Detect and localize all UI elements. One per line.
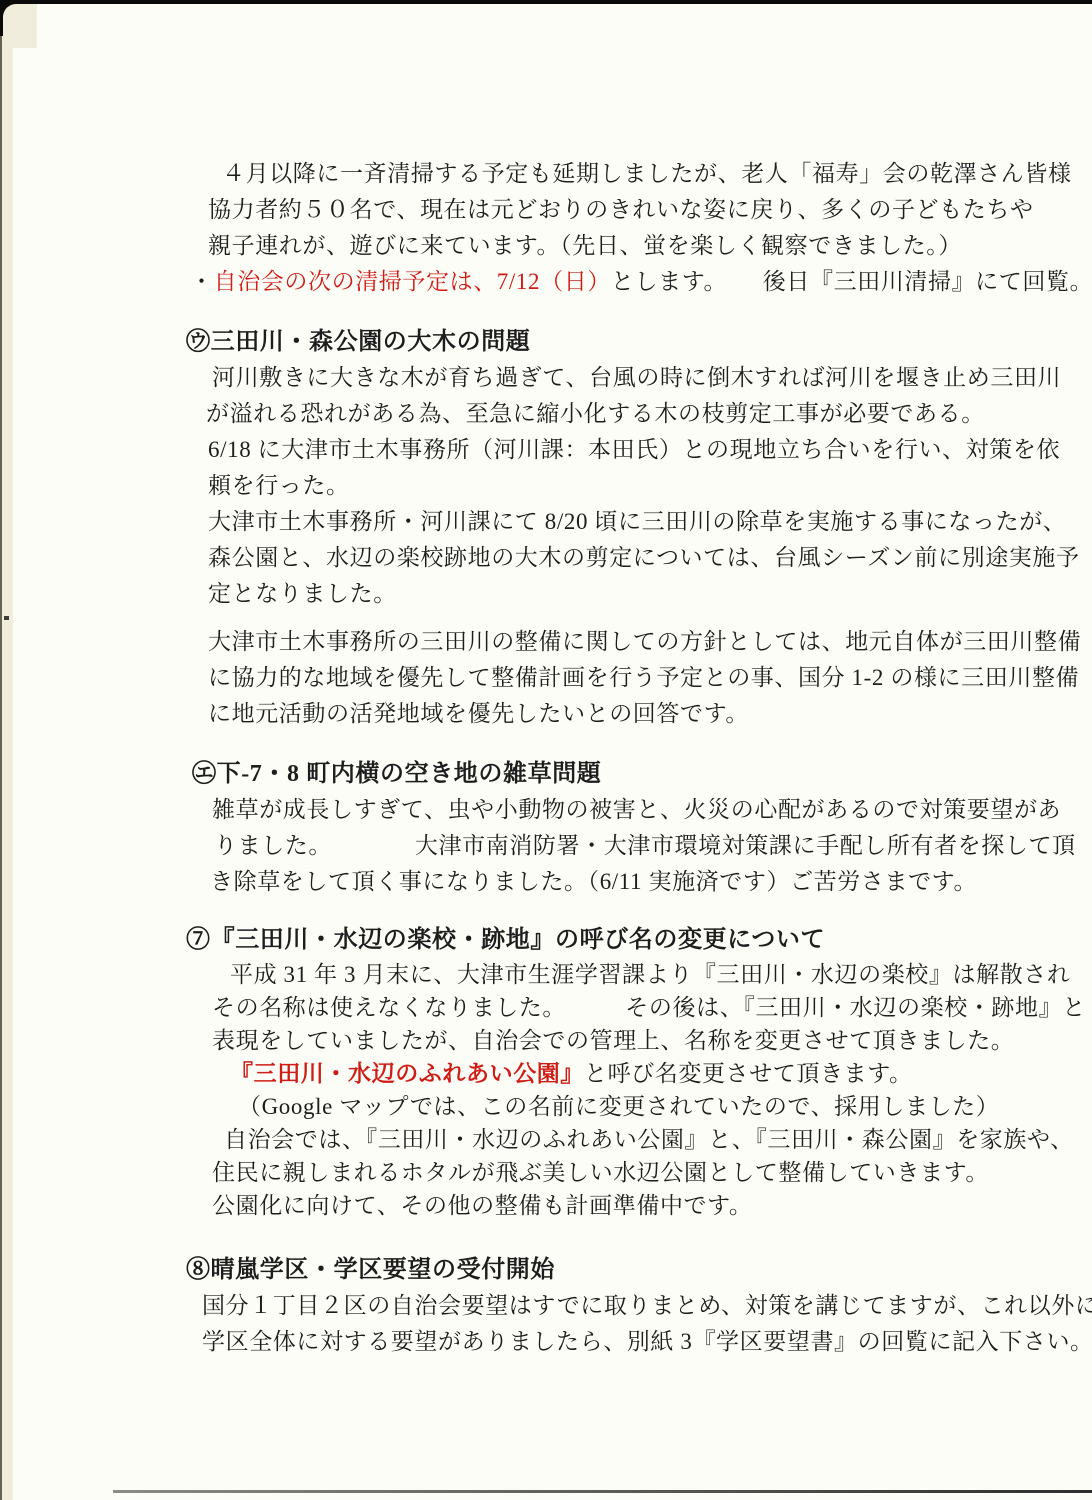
text-segment: に地元活動の活発地域を優先したいとの回答です。 [208,701,749,726]
text-line: （Google マップでは、この名前に変更されていたので、採用しました） [238,1090,1016,1123]
text-line: 河川敷きに大きな木が育ち過ぎて、台風の時に倒木すれば河川を堰き止め三田川 [212,360,1016,396]
text-line: ・自治会の次の清掃予定は、7/12（日）とします。 後日『三田川清掃』にて回覧。 [190,264,1016,300]
text-line: 大津市土木事務所の三田川の整備に関しての方針としては、地元自体が三田川整備 [208,624,1016,660]
text-segment: 自治会では、『三田川・水辺のふれあい公園』と、『三田川・森公園』を家族や、 [224,1127,1074,1152]
text-line: 親子連れが、遊びに来ています。（先日、蛍を楽しく観察できました。） [208,228,1016,264]
text-segment: ㋒三田川・森公園の大木の問題 [186,329,530,355]
text-segment: 定となりました。 [208,581,397,606]
section-park-rename: ⑦『三田川・水辺の楽校・跡地』の呼び名の変更について平成 31 年 3 月末に、… [186,922,1016,1222]
highlighted-red-text: 自治会の次の清掃予定は、7/12（日） [214,269,611,294]
scanned-document-page: ４月以降に一斉清掃する予定も延期しましたが、老人「福寿」会の乾澤さん皆様協力者約… [186,156,1016,1360]
text-line: 6/18 に大津市土木事務所（河川課：本田氏）との現地立ち合いを行い、対策を依 [208,432,1016,468]
text-segment: 住民に親しまれるホタルが飛ぶ美しい水辺公園として整備していきます。 [212,1160,989,1185]
text-line: 雑草が成長しすぎて、虫や小動物の被害と、火災の心配があるので対策要望があ [212,792,1016,828]
paper-rounded-corner [3,4,37,48]
text-segment: 河川敷きに大きな木が育ち過ぎて、台風の時に倒木すれば河川を堰き止め三田川 [212,365,1061,390]
text-segment: 親子連れが、遊びに来ています。（先日、蛍を楽しく観察できました。） [208,233,962,258]
text-line: 住民に親しまれるホタルが飛ぶ美しい水辺公園として整備していきます。 [212,1156,1016,1189]
text-line: 協力者約５０名で、現在は元どおりのきれいな姿に戻り、多くの子どもたちや [208,192,1016,228]
text-line: 平成 31 年 3 月末に、大津市生涯学習課より『三田川・水辺の楽校』は解散され [230,958,1016,991]
text-segment: が溢れる恐れがある為、至急に縮小化する木の枝剪定工事が必要である。 [206,401,985,426]
text-line: に協力的な地域を優先して整備計画を行う予定との事、国分 1-2 の様に三田川整備 [208,660,1016,696]
text-segment: 大津市土木事務所・河川課にて 8/20 頃に三田川の除草を実施する事になったが、 [208,509,1066,534]
text-line: に地元活動の活発地域を優先したいとの回答です。 [208,696,1016,732]
text-segment: （Google マップでは、この名前に変更されていたので、採用しました） [238,1094,999,1119]
text-segment: その名称は使えなくなりました。 その後は、『三田川・水辺の楽校・跡地』と [212,995,1086,1020]
text-line: その名称は使えなくなりました。 その後は、『三田川・水辺の楽校・跡地』と [212,991,1016,1024]
text-segment: 6/18 に大津市土木事務所（河川課：本田氏）との現地立ち合いを行い、対策を依 [208,437,1060,462]
text-segment: 森公園と、水辺の楽校跡地の大木の剪定については、台風シーズン前に別途実施予 [208,545,1080,570]
text-segment: 国分１丁目２区の自治会要望はすでに取りまとめ、対策を講じてますが、これ以外に [202,1293,1092,1318]
text-segment: 大津市土木事務所の三田川の整備に関しての方針としては、地元自体が三田川整備 [208,629,1081,654]
text-segment: 協力者約５０名で、現在は元どおりのきれいな姿に戻り、多くの子どもたちや [208,197,1034,222]
text-line: 大津市土木事務所・河川課にて 8/20 頃に三田川の除草を実施する事になったが、 [208,504,1016,540]
text-segment: 雑草が成長しすぎて、虫や小動物の被害と、火災の心配があるので対策要望があ [212,797,1061,822]
text-segment: とします。 後日『三田川清掃』にて回覧。 [611,269,1092,294]
scan-left-edge-line [0,0,2,1500]
text-line: 公園化に向けて、その他の整備も計画準備中です。 [212,1189,1016,1222]
text-segment: ４月以降に一斉清掃する予定も延期しましたが、老人「福寿」会の乾澤さん皆様 [222,161,1072,186]
text-segment: に協力的な地域を優先して整備計画を行う予定との事、国分 1-2 の様に三田川整備 [208,665,1079,690]
text-segment: ⑧晴嵐学区・学区要望の受付開始 [186,1257,555,1283]
text-segment: 表現をしていましたが、自治会での管理上、名称を変更させて頂きました。 [212,1028,1014,1053]
text-segment: 学区全体に対する要望がありましたら、別紙 3『学区要望書』の回覧に記入下さい。 [202,1329,1092,1354]
text-segment: 平成 31 年 3 月末に、大津市生涯学習課より『三田川・水辺の楽校』は解散され [230,962,1071,987]
text-line: 頼を行った。 [208,468,1016,504]
section-heading: ㋓下-7・8 町内横の空き地の雑草問題 [192,756,1016,792]
text-line: 森公園と、水辺の楽校跡地の大木の剪定については、台風シーズン前に別途実施予 [208,540,1016,576]
highlighted-red-text: 『三田川・水辺のふれあい公園』 [230,1061,584,1086]
scan-bottom-edge-line [113,1490,1092,1493]
text-line: りました。 大津市南消防署・大津市環境対策課に手配し所有者を探して頂 [214,828,1016,864]
text-line: ４月以降に一斉清掃する予定も延期しましたが、老人「福寿」会の乾澤さん皆様 [222,156,1016,192]
text-line: 表現をしていましたが、自治会での管理上、名称を変更させて頂きました。 [212,1024,1016,1057]
text-line: き除草をして頂く事になりました。（6/11 実施済です）ご苦労さまです。 [210,864,1016,900]
text-line: 国分１丁目２区の自治会要望はすでに取りまとめ、対策を講じてますが、これ以外に [202,1288,1016,1324]
scan-top-edge-line [0,0,1092,4]
text-line: 『三田川・水辺のふれあい公園』と呼び名変更させて頂きます。 [230,1057,1016,1090]
text-segment: りました。 大津市南消防署・大津市環境対策課に手配し所有者を探して頂 [214,833,1076,858]
scan-dust-speck [4,616,9,620]
text-segment: と呼び名変更させて頂きます。 [584,1061,913,1086]
section-heading: ⑦『三田川・水辺の楽校・跡地』の呼び名の変更について [186,922,1016,958]
section-heading: ⑧晴嵐学区・学区要望の受付開始 [186,1252,1016,1288]
section-heading: ㋒三田川・森公園の大木の問題 [186,324,1016,360]
section-cleanup-report: ４月以降に一斉清掃する予定も延期しましたが、老人「福寿」会の乾澤さん皆様協力者約… [186,156,1016,300]
text-line: 定となりました。 [208,576,1016,612]
text-segment: 頼を行った。 [208,473,350,498]
section-vacant-lot-weeds: ㋓下-7・8 町内横の空き地の雑草問題雑草が成長しすぎて、虫や小動物の被害と、火… [186,756,1016,900]
section-school-district-requests: ⑧晴嵐学区・学区要望の受付開始国分１丁目２区の自治会要望はすでに取りまとめ、対策… [186,1252,1016,1360]
text-segment: 公園化に向けて、その他の整備も計画準備中です。 [212,1193,753,1218]
text-line: 学区全体に対する要望がありましたら、別紙 3『学区要望書』の回覧に記入下さい。 [202,1324,1016,1360]
text-line: が溢れる恐れがある為、至急に縮小化する木の枝剪定工事が必要である。 [206,396,1016,432]
text-segment: き除草をして頂く事になりました。（6/11 実施済です）ご苦労さまです。 [210,869,977,894]
text-segment: ㋓下-7・8 町内横の空き地の雑草問題 [192,761,601,787]
text-line: 自治会では、『三田川・水辺のふれあい公園』と、『三田川・森公園』を家族や、 [224,1123,1016,1156]
section-mita-river-forest-park-trees: ㋒三田川・森公園の大木の問題河川敷きに大きな木が育ち過ぎて、台風の時に倒木すれば… [186,324,1016,732]
text-segment: ⑦『三田川・水辺の楽校・跡地』の呼び名の変更について [186,927,825,953]
text-segment: ・ [190,269,214,294]
